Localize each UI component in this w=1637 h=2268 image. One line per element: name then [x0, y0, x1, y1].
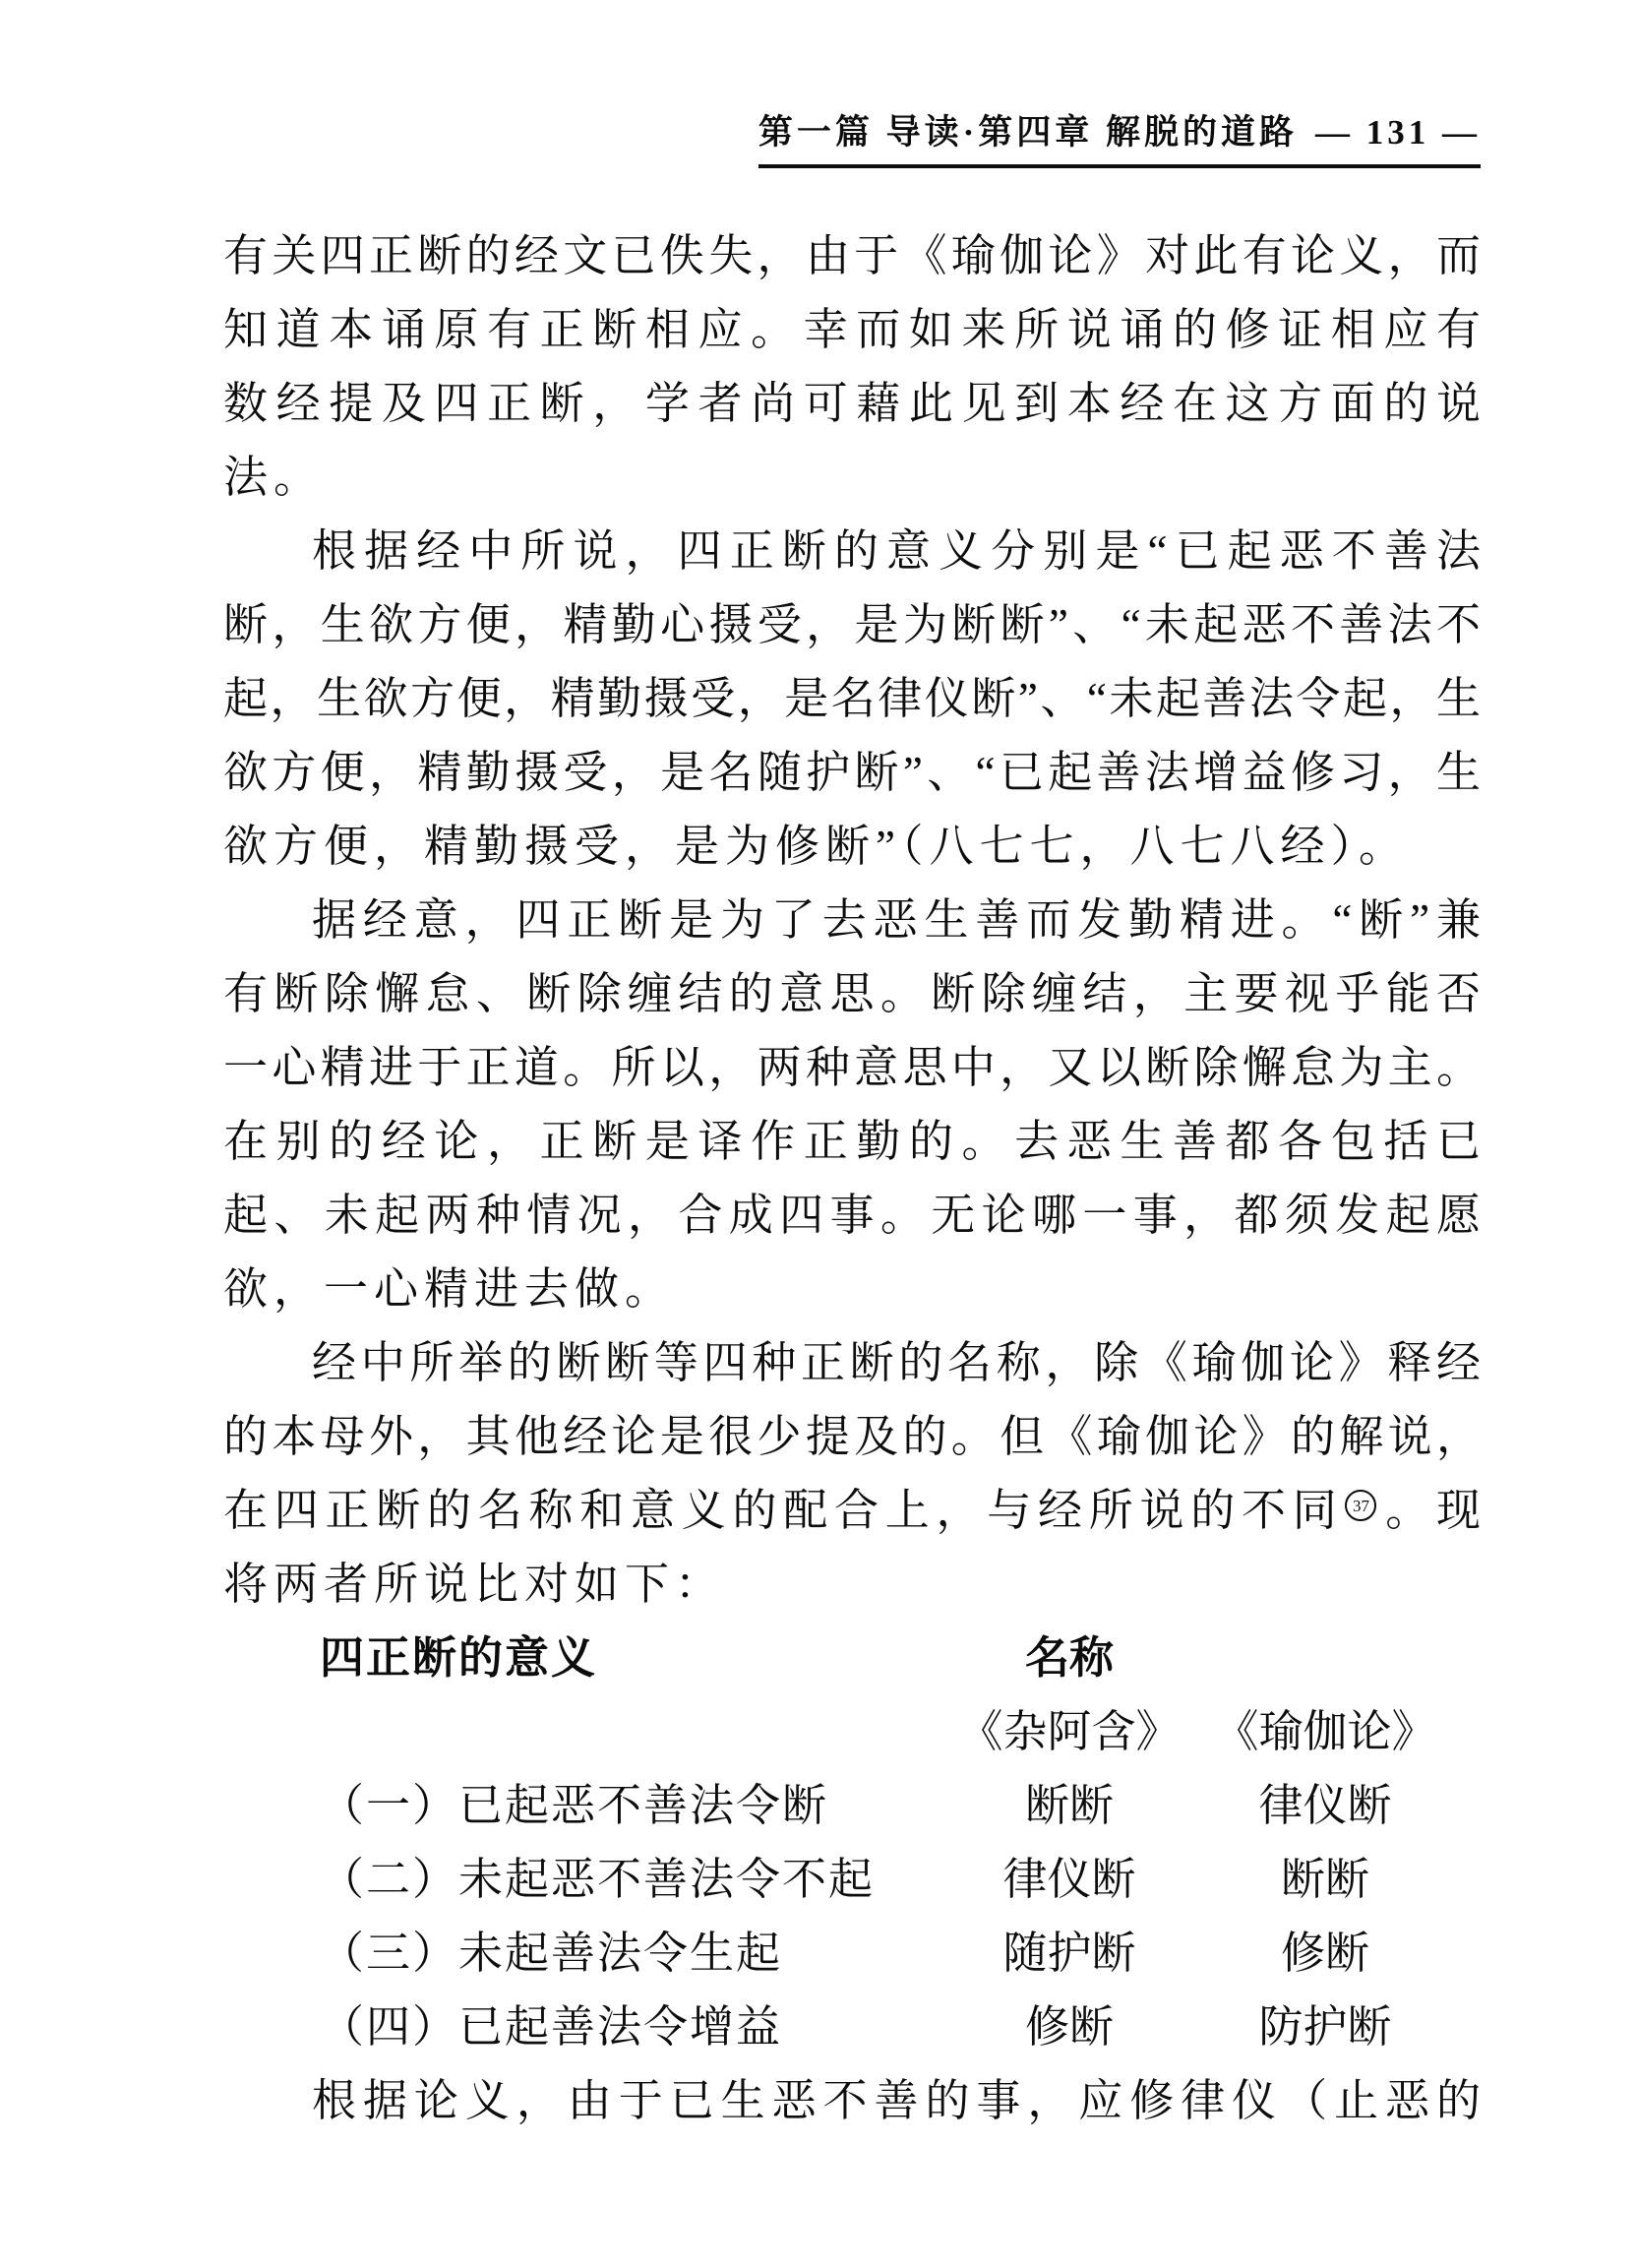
row-yujia-lun: 防护断	[1187, 1991, 1463, 2064]
book-page: 第一篇 导读·第四章 解脱的道路— 131 — 有关四正断的经文已佚失，由于《瑜…	[0, 0, 1637, 2268]
row-meaning: （二）未起恶不善法令不起	[223, 1843, 951, 1917]
table-row: （四）已起善法令增益 修断 防护断	[223, 1991, 1481, 2064]
body-line: 经中所举的断断等四种正断的名称，除《瑜伽论》释经	[223, 1326, 1481, 1400]
subheader-za-ahan: 《杂阿含》	[951, 1695, 1187, 1769]
body-line: 的本母外，其他经论是很少提及的。但《瑜伽论》的解说，	[223, 1400, 1481, 1474]
body-line: 有关四正断的经文已佚失，由于《瑜伽论》对此有论义，而	[223, 219, 1481, 293]
row-yujia-lun: 修断	[1187, 1917, 1463, 1991]
column-header-spacer	[1187, 1622, 1463, 1695]
table-row: （一）已起恶不善法令断 断断 律仪断	[223, 1769, 1481, 1843]
table-row: （二）未起恶不善法令不起 律仪断 断断	[223, 1843, 1481, 1917]
body-line: 有断除懈怠、断除缠结的意思。断除缠结，主要视乎能否	[223, 957, 1481, 1031]
table-subheader-row: 《杂阿含》 《瑜伽论》	[223, 1695, 1481, 1769]
body-line: 欲，一心精进去做。	[223, 1253, 1481, 1326]
running-head: 第一篇 导读·第四章 解脱的道路— 131 —	[758, 114, 1481, 168]
column-header-meaning: 四正断的意义	[223, 1622, 951, 1695]
subheader-spacer	[223, 1695, 951, 1769]
body-text: 在四正断的名称和意义的配合上，与经所说的不同	[223, 1486, 1343, 1535]
comparison-table: 四正断的意义 名称 《杂阿含》 《瑜伽论》 （一）已起恶不善法令断 断断 律仪断…	[223, 1622, 1481, 2064]
row-yujia-lun: 断断	[1187, 1843, 1463, 1917]
body-line: 将两者所说比对如下：	[223, 1548, 1481, 1622]
body-line: 起、未起两种情况，合成四事。无论哪一事，都须发起愿	[223, 1179, 1481, 1253]
body-line: 法。	[223, 441, 1481, 515]
table-header-row: 四正断的意义 名称	[223, 1622, 1481, 1695]
running-head-row: 第一篇 导读·第四章 解脱的道路— 131 —	[0, 114, 1481, 168]
body-line: 数经提及四正断，学者尚可藉此见到本经在这方面的说	[223, 367, 1481, 441]
row-za-ahan: 律仪断	[951, 1843, 1187, 1917]
body-line: 据经意，四正断是为了去恶生善而发勤精进。“断”兼	[223, 884, 1481, 957]
table-row: （三）未起善法令生起 随护断 修断	[223, 1917, 1481, 1991]
body-line: 知道本诵原有正断相应。幸而如来所说诵的修证相应有	[223, 293, 1481, 367]
chapter-title: 第一篇 导读·第四章 解脱的道路	[758, 113, 1298, 152]
body-line-with-footnote: 在四正断的名称和意义的配合上，与经所说的不同37。现	[223, 1474, 1481, 1548]
body-line: 在别的经论，正断是译作正勤的。去恶生善都各包括已	[223, 1105, 1481, 1179]
body-line: 根据论义，由于已生恶不善的事，应修律仪（止恶的	[223, 2064, 1481, 2138]
body-line: 根据经中所说，四正断的意义分别是“已起恶不善法	[223, 515, 1481, 588]
row-meaning: （四）已起善法令增益	[223, 1991, 951, 2064]
row-meaning: （一）已起恶不善法令断	[223, 1769, 951, 1843]
body-line: 欲方便，精勤摄受，是为修断”（八七七，八七八经）。	[223, 810, 1481, 884]
body-line: 欲方便，精勤摄受，是名随护断”、“已起善法增益修习，生	[223, 736, 1481, 810]
row-za-ahan: 随护断	[951, 1917, 1187, 1991]
body-text: 。现	[1378, 1486, 1481, 1535]
row-za-ahan: 断断	[951, 1769, 1187, 1843]
body-line: 一心精进于正道。所以，两种意思中，又以断除懈怠为主。	[223, 1031, 1481, 1105]
footnote-ref-circled: 37	[1345, 1490, 1376, 1521]
body-line: 断，生欲方便，精勤心摄受，是为断断”、“未起恶不善法不	[223, 588, 1481, 662]
row-yujia-lun: 律仪断	[1187, 1769, 1463, 1843]
row-za-ahan: 修断	[951, 1991, 1187, 2064]
row-meaning: （三）未起善法令生起	[223, 1917, 951, 1991]
page-number: — 131 —	[1315, 113, 1481, 152]
page-body: 有关四正断的经文已佚失，由于《瑜伽论》对此有论义，而 知道本诵原有正断相应。幸而…	[223, 219, 1481, 2138]
column-header-name: 名称	[951, 1622, 1187, 1695]
subheader-yujia-lun: 《瑜伽论》	[1187, 1695, 1463, 1769]
body-line: 起，生欲方便，精勤摄受，是名律仪断”、“未起善法令起，生	[223, 662, 1481, 736]
